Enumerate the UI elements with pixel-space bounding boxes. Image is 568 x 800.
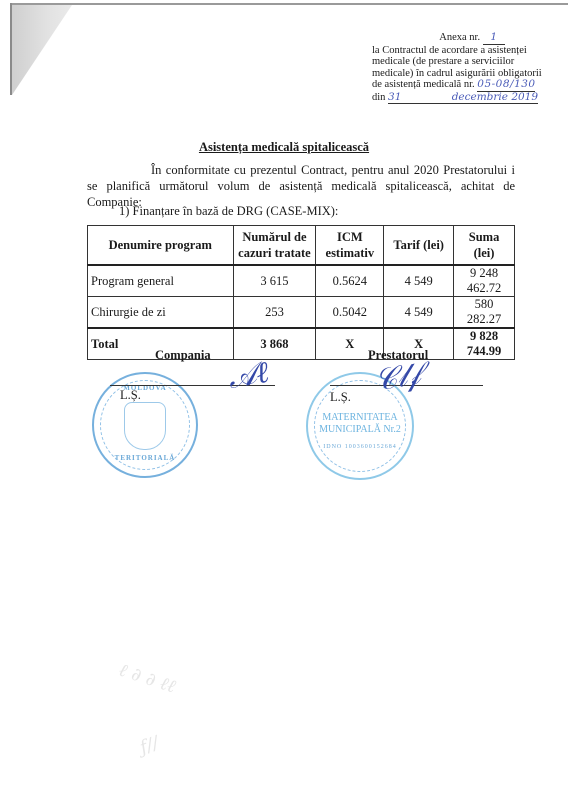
table-cell: Program general: [88, 265, 234, 297]
date-label: din: [372, 92, 385, 103]
column-header-line: ICM: [319, 229, 380, 245]
folded-corner: [12, 5, 72, 95]
provider-ls: L.Ș.: [330, 390, 351, 405]
table-cell: 253: [233, 297, 316, 329]
total-cell: 9 828 744.99: [454, 328, 515, 360]
table-cell: 0.5042: [316, 297, 384, 329]
annex-number: 1: [483, 32, 505, 45]
company-label: Compania: [155, 348, 211, 363]
provider-stamp-center: MATERNITATEA MUNICIPALĂ Nr.2: [308, 412, 412, 436]
annex-header: Anexa nr. 1 la Contractul de acordare a …: [372, 32, 562, 104]
table-cell: 580 282.27: [454, 297, 515, 329]
annex-label: Anexa nr.: [439, 32, 480, 43]
coat-of-arms-icon: [124, 402, 166, 450]
provider-stamp-line-2: MUNICIPALĂ Nr.2: [308, 424, 412, 436]
bleed-through-scribble-2: ƒ∕∕: [137, 732, 162, 758]
bleed-through-scribble: ℓ ∂ ∂ ℓℓ: [116, 660, 178, 698]
intro-text: În conformitate cu prezentul Contract, p…: [87, 163, 515, 209]
table-cell: 4 549: [384, 265, 454, 297]
drg-table: Denumire programNumărul decazuri tratate…: [87, 225, 515, 360]
column-header: ICMestimativ: [316, 226, 384, 266]
column-header-line: cazuri tratate: [237, 245, 313, 261]
column-header-line: Suma (lei): [457, 229, 511, 261]
table-row: Chirurgie de zi2530.50424 549580 282.27: [88, 297, 515, 329]
total-cell: 3 868: [233, 328, 316, 360]
column-header: Suma (lei): [454, 226, 515, 266]
column-header-line: Tarif (lei): [387, 237, 450, 253]
provider-signature: 𝒞𝓁𝒻: [372, 356, 423, 398]
company-stamp: MOLDOVA TERITORIALĂ: [92, 372, 198, 478]
column-header-line: Denumire program: [91, 237, 230, 253]
table-cell: 3 615: [233, 265, 316, 297]
table-total-row: Total3 868XX9 828 744.99: [88, 328, 515, 360]
company-ls: L.Ș.: [120, 388, 141, 403]
document-title: Asistența medicală spitalicească: [0, 140, 568, 155]
column-header-line: estimativ: [319, 245, 380, 261]
column-header-line: Numărul de: [237, 229, 313, 245]
scan-edge-left: [10, 3, 12, 95]
table-row: Program general3 6150.56244 5499 248 462…: [88, 265, 515, 297]
provider-stamp-idno: IDNO 1003600152684: [308, 444, 412, 450]
intro-paragraph: În conformitate cu prezentul Contract, p…: [87, 162, 515, 210]
annex-line-3: medicale (de prestare a serviciilor: [372, 56, 562, 68]
provider-stamp-line-1: MATERNITATEA: [308, 412, 412, 424]
company-stamp-text-bottom: TERITORIALĂ: [94, 454, 196, 462]
table-cell: Chirurgie de zi: [88, 297, 234, 329]
contract-date: 31 decembrie 2019: [388, 92, 538, 105]
section-label: 1) Finanțare în bază de DRG (CASE-MIX):: [119, 204, 338, 219]
table-cell: 0.5624: [316, 265, 384, 297]
annex-line-2: la Contractul de acordare a asistenței: [372, 45, 562, 57]
table-cell: 4 549: [384, 297, 454, 329]
column-header: Numărul decazuri tratate: [233, 226, 316, 266]
contract-number: 05-08/130: [477, 79, 535, 92]
column-header: Tarif (lei): [384, 226, 454, 266]
company-signature: 𝒜ℓ: [225, 355, 271, 397]
contract-number-label: de asistență medicală nr.: [372, 79, 475, 90]
contract-date-day: 31: [388, 92, 401, 104]
scan-edge-top: [10, 3, 568, 5]
table-cell: 9 248 462.72: [454, 265, 515, 297]
column-header: Denumire program: [88, 226, 234, 266]
contract-date-month-year: decembrie 2019: [452, 92, 538, 104]
table-header-row: Denumire programNumărul decazuri tratate…: [88, 226, 515, 266]
